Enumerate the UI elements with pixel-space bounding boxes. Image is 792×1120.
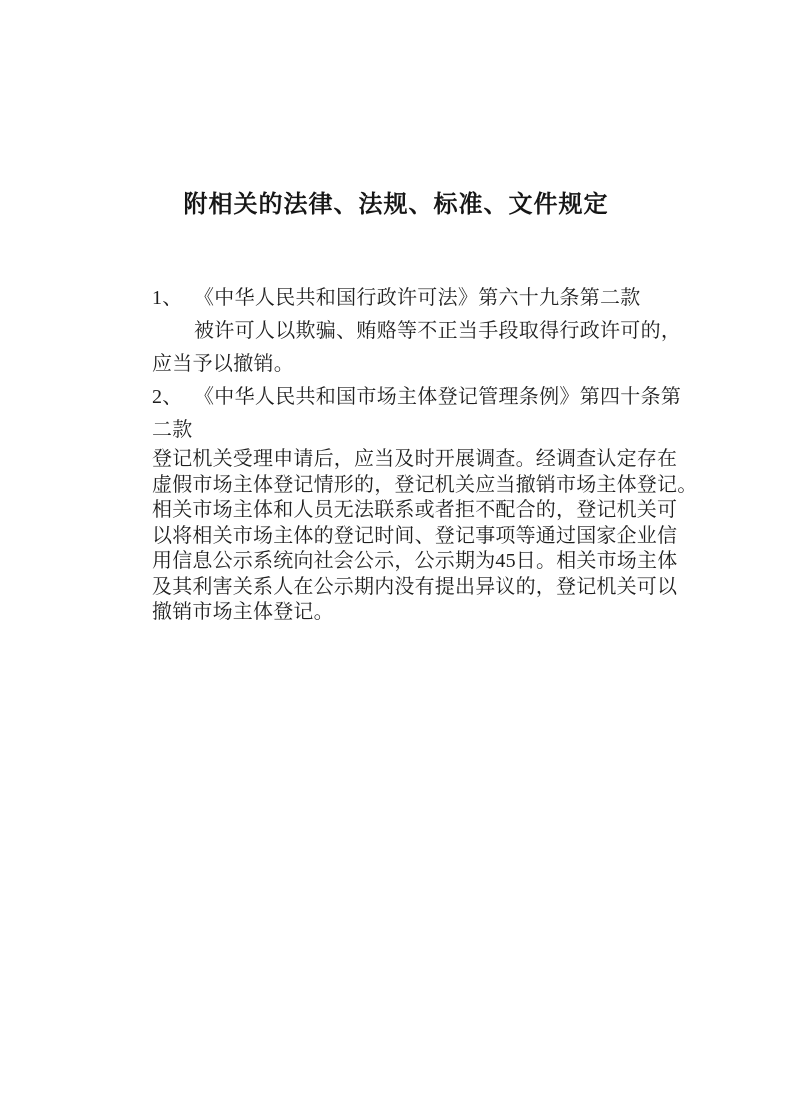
item-2-heading-continuation: 二款 bbox=[152, 414, 682, 447]
document-page: 附相关的法律、法规、标准、文件规定 1、《中华人民共和国行政许可法》第六十九条第… bbox=[0, 0, 792, 1120]
page-title: 附相关的法律、法规、标准、文件规定 bbox=[0, 184, 792, 219]
item-2-heading-line: 2、《中华人民共和国市场主体登记管理条例》第四十条第 bbox=[152, 381, 682, 414]
document-body: 1、《中华人民共和国行政许可法》第六十九条第二款 被许可人以欺骗、贿赂等不正当手… bbox=[152, 282, 682, 626]
item-1-heading-line: 1、《中华人民共和国行政许可法》第六十九条第二款 bbox=[152, 282, 682, 315]
paragraph-line: 以将相关市场主体的登记时间、登记事项等通过国家企业信 bbox=[152, 524, 682, 550]
item-2-number: 2、 bbox=[152, 381, 194, 414]
paragraph-line: 相关市场主体和人员无法联系或者拒不配合的，登记机关可 bbox=[152, 498, 682, 524]
item-2-paragraph: 登记机关受理申请后，应当及时开展调查。经调查认定存在 虚假市场主体登记情形的，登… bbox=[152, 447, 682, 626]
paragraph-line: 用信息公示系统向社会公示，公示期为45日。相关市场主体 bbox=[152, 549, 682, 575]
item-1-body-line: 被许可人以欺骗、贿赂等不正当手段取得行政许可的， bbox=[152, 315, 682, 348]
paragraph-line: 虚假市场主体登记情形的，登记机关应当撤销市场主体登记。 bbox=[152, 473, 682, 499]
numbered-items-section: 1、《中华人民共和国行政许可法》第六十九条第二款 被许可人以欺骗、贿赂等不正当手… bbox=[152, 282, 682, 447]
item-2-heading: 《中华人民共和国市场主体登记管理条例》第四十条第 bbox=[194, 386, 681, 408]
paragraph-line: 登记机关受理申请后，应当及时开展调查。经调查认定存在 bbox=[152, 447, 682, 473]
item-1-heading: 《中华人民共和国行政许可法》第六十九条第二款 bbox=[194, 287, 641, 309]
paragraph-line: 及其利害关系人在公示期内没有提出异议的，登记机关可以 bbox=[152, 575, 682, 601]
paragraph-line: 撤销市场主体登记。 bbox=[152, 600, 682, 626]
item-1-number: 1、 bbox=[152, 282, 194, 315]
item-1-body-line: 应当予以撤销。 bbox=[152, 348, 682, 381]
